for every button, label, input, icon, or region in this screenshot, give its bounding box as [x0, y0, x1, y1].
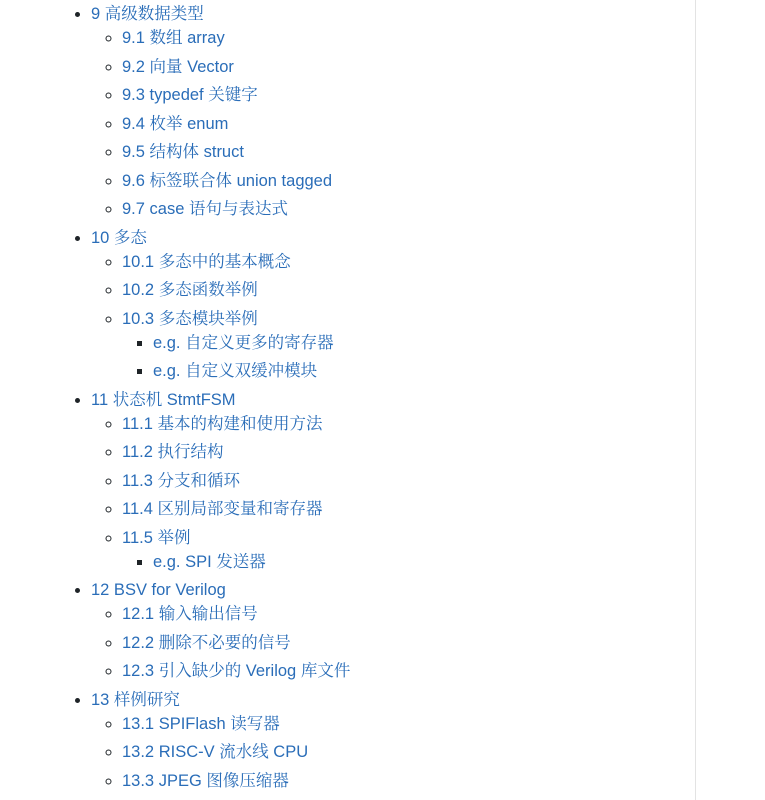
toc-link[interactable]: 9.2 向量 Vector [122, 58, 234, 76]
toc-link[interactable]: e.g. 自定义更多的寄存器 [153, 334, 334, 352]
toc-list-level-2: 9.1 数组 array9.2 向量 Vector9.3 typedef 关键字… [91, 26, 695, 221]
toc-item: 13.2 RISC-V 流水线 CPU [122, 740, 695, 764]
toc-item: e.g. 自定义双缓冲模块 [153, 359, 695, 383]
toc-panel: 9 高级数据类型9.1 数组 array9.2 向量 Vector9.3 typ… [0, 0, 696, 800]
toc-item: 9.6 标签联合体 union tagged [122, 169, 695, 193]
toc-link[interactable]: 12.1 输入输出信号 [122, 605, 258, 623]
toc-link[interactable]: 12 BSV for Verilog [91, 581, 226, 599]
toc-link[interactable]: 13.3 JPEG 图像压缩器 [122, 772, 289, 790]
toc-list-level-2: 13.1 SPIFlash 读写器13.2 RISC-V 流水线 CPU13.3… [91, 712, 695, 793]
toc-link[interactable]: 9.6 标签联合体 union tagged [122, 172, 332, 190]
toc-item: 11.2 执行结构 [122, 440, 695, 464]
toc-link[interactable]: 13.1 SPIFlash 读写器 [122, 715, 280, 733]
toc-item: 11.1 基本的构建和使用方法 [122, 412, 695, 436]
toc-link[interactable]: e.g. 自定义双缓冲模块 [153, 362, 317, 380]
toc-list-level-2: 10.1 多态中的基本概念10.2 多态函数举例10.3 多态模块举例e.g. … [91, 250, 695, 384]
toc-list-level-3: e.g. SPI 发送器 [122, 550, 695, 574]
toc-item: 12.3 引入缺少的 Verilog 库文件 [122, 659, 695, 683]
toc-link[interactable]: 10 多态 [91, 229, 147, 247]
toc-item: e.g. SPI 发送器 [153, 550, 695, 574]
toc-item: 11.5 举例e.g. SPI 发送器 [122, 526, 695, 574]
toc-item: 10 多态10.1 多态中的基本概念10.2 多态函数举例10.3 多态模块举例… [91, 226, 695, 384]
toc-link[interactable]: 10.2 多态函数举例 [122, 281, 258, 299]
toc-link[interactable]: 9.3 typedef 关键字 [122, 86, 258, 104]
toc-item: 9.4 枚举 enum [122, 112, 695, 136]
toc-item: 9 高级数据类型9.1 数组 array9.2 向量 Vector9.3 typ… [91, 2, 695, 221]
toc-link[interactable]: 9.5 结构体 struct [122, 143, 244, 161]
toc-link[interactable]: 9.4 枚举 enum [122, 115, 228, 133]
toc-item: 9.5 结构体 struct [122, 140, 695, 164]
toc-link[interactable]: 9.7 case 语句与表达式 [122, 200, 288, 218]
toc-item: 11 状态机 StmtFSM11.1 基本的构建和使用方法11.2 执行结构11… [91, 388, 695, 574]
toc-link[interactable]: 13.2 RISC-V 流水线 CPU [122, 743, 308, 761]
toc-item: 12.2 删除不必要的信号 [122, 631, 695, 655]
toc-item: 9.2 向量 Vector [122, 55, 695, 79]
toc-item: 9.1 数组 array [122, 26, 695, 50]
toc-item: 13 样例研究13.1 SPIFlash 读写器13.2 RISC-V 流水线 … [91, 688, 695, 793]
toc-link[interactable]: 10.1 多态中的基本概念 [122, 253, 291, 271]
toc-link[interactable]: 11.2 执行结构 [122, 443, 223, 461]
toc-link[interactable]: 13 样例研究 [91, 691, 180, 709]
toc-list-level-3: e.g. 自定义更多的寄存器e.g. 自定义双缓冲模块 [122, 331, 695, 384]
toc-item: 10.3 多态模块举例e.g. 自定义更多的寄存器e.g. 自定义双缓冲模块 [122, 307, 695, 384]
toc-link[interactable]: 9.1 数组 array [122, 29, 225, 47]
toc-link[interactable]: 11.3 分支和循环 [122, 472, 240, 490]
toc-item: 13.1 SPIFlash 读写器 [122, 712, 695, 736]
toc-link[interactable]: 12.3 引入缺少的 Verilog 库文件 [122, 662, 350, 680]
toc-item: 11.3 分支和循环 [122, 469, 695, 493]
toc-list-level-1: 9 高级数据类型9.1 数组 array9.2 向量 Vector9.3 typ… [0, 2, 695, 793]
toc-item: 12 BSV for Verilog12.1 输入输出信号12.2 删除不必要的… [91, 578, 695, 683]
toc-item: e.g. 自定义更多的寄存器 [153, 331, 695, 355]
toc-list-level-2: 11.1 基本的构建和使用方法11.2 执行结构11.3 分支和循环11.4 区… [91, 412, 695, 574]
toc-item: 13.3 JPEG 图像压缩器 [122, 769, 695, 793]
toc-link[interactable]: 9 高级数据类型 [91, 5, 204, 23]
toc-link[interactable]: 11.4 区别局部变量和寄存器 [122, 500, 322, 518]
toc-link[interactable]: 10.3 多态模块举例 [122, 310, 258, 328]
toc-item: 10.2 多态函数举例 [122, 278, 695, 302]
toc-link[interactable]: 12.2 删除不必要的信号 [122, 634, 291, 652]
toc-list-level-2: 12.1 输入输出信号12.2 删除不必要的信号12.3 引入缺少的 Veril… [91, 602, 695, 683]
toc-item: 9.3 typedef 关键字 [122, 83, 695, 107]
toc-item: 12.1 输入输出信号 [122, 602, 695, 626]
toc-link[interactable]: 11.5 举例 [122, 529, 190, 547]
toc-link[interactable]: 11.1 基本的构建和使用方法 [122, 415, 322, 433]
toc-item: 11.4 区别局部变量和寄存器 [122, 497, 695, 521]
toc-link[interactable]: 11 状态机 StmtFSM [91, 391, 236, 409]
toc-item: 9.7 case 语句与表达式 [122, 197, 695, 221]
toc-item: 10.1 多态中的基本概念 [122, 250, 695, 274]
toc-root: 9 高级数据类型9.1 数组 array9.2 向量 Vector9.3 typ… [0, 2, 695, 793]
toc-link[interactable]: e.g. SPI 发送器 [153, 553, 266, 571]
